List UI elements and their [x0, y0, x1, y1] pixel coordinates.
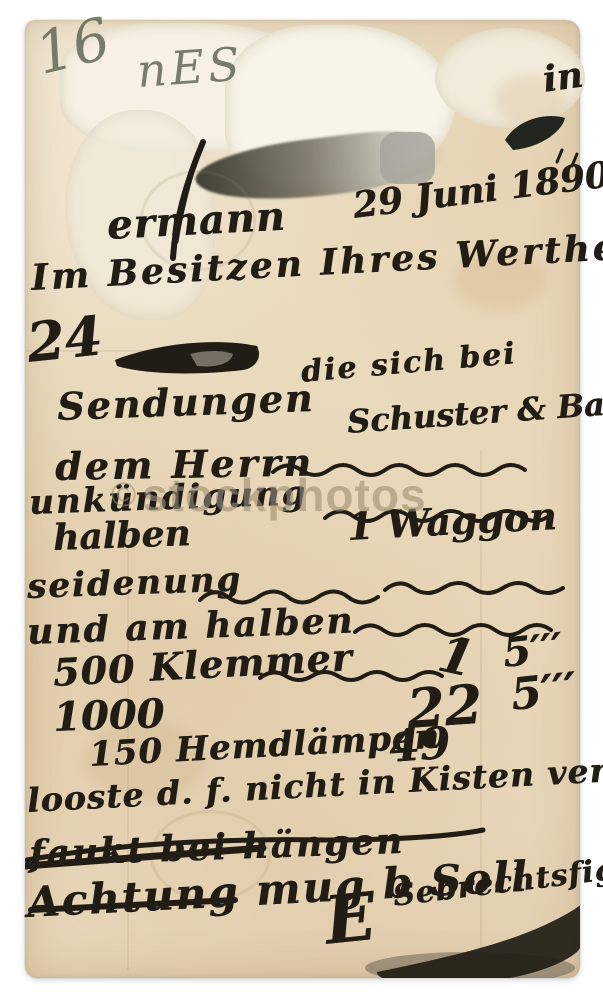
squiggle [200, 592, 378, 603]
squiggle [27, 830, 483, 860]
pen-stroke-large-v [177, 148, 201, 242]
letter-paper: 16 nES in ermann 29 Juni 1890 Im Besitze… [25, 20, 580, 978]
ink-arrow-stroke [115, 342, 259, 373]
stock-watermark: © stockphotos [111, 468, 427, 522]
photo-canvas: { "image_type": "photograph of an antiqu… [0, 0, 603, 1000]
pen-tick [557, 150, 562, 162]
copyright-icon: © [111, 476, 136, 515]
squiggle [355, 625, 551, 635]
ink-blot-top-right [505, 116, 565, 150]
watermark-text: stockphotos [142, 468, 426, 522]
signature-swoosh [377, 900, 580, 978]
squiggle [385, 583, 563, 593]
squiggle [260, 672, 442, 680]
pen-tick [572, 154, 577, 166]
strike-through-achtung [31, 900, 235, 910]
